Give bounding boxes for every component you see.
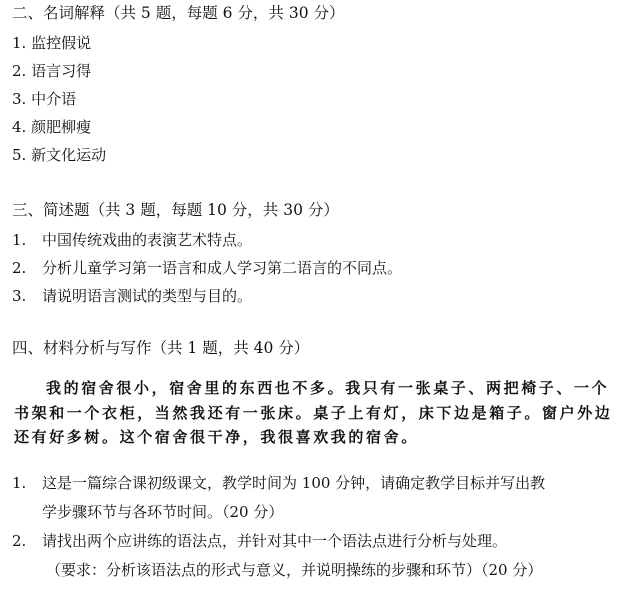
- short-answer-item: 3.请说明语言测试的类型与目的。: [12, 286, 252, 306]
- term-item: 5. 新文化运动: [12, 145, 106, 165]
- question-text: 请找出两个应讲练的语法点，并针对其中一个语法点进行分析与处理。: [42, 532, 507, 550]
- question-number: 1.: [12, 473, 42, 493]
- term-item: 2. 语言习得: [12, 61, 91, 81]
- item-number: 2.: [12, 258, 42, 278]
- question-continuation: 学步骤环节与各环节时间。（20 分）: [42, 502, 283, 522]
- term-item: 4. 颜肥柳瘦: [12, 117, 91, 137]
- short-answer-item: 1.中国传统戏曲的表演艺术特点。: [12, 230, 252, 250]
- question-number: 2.: [12, 531, 42, 551]
- term-item: 3. 中介语: [12, 89, 76, 109]
- writing-question: 1.这是一篇综合课初级课文，教学时间为 100 分钟，请确定教学目标并写出教: [12, 473, 545, 493]
- writing-question: 2.请找出两个应讲练的语法点，并针对其中一个语法点进行分析与处理。: [12, 531, 507, 551]
- passage-line: 还有好多树。这个宿舍很干净，我很喜欢我的宿舍。: [14, 427, 419, 447]
- item-number: 3.: [12, 286, 42, 306]
- item-number: 1.: [12, 230, 42, 250]
- section-3-title: 三、简述题（共 3 题，每题 10 分，共 30 分）: [12, 200, 339, 220]
- item-text: 中国传统戏曲的表演艺术特点。: [42, 231, 252, 249]
- section-2-title: 二、名词解释（共 5 题，每题 6 分，共 30 分）: [12, 3, 345, 23]
- passage-line: 书架和一个衣柜，当然我还有一张床。桌子上有灯，床下边是箱子。窗户外边: [14, 403, 612, 423]
- term-item: 1. 监控假说: [12, 33, 91, 53]
- question-requirement: （要求：分析该语法点的形式与意义，并说明操练的步骤和环节）（20 分）: [46, 560, 542, 580]
- item-text: 分析儿童学习第一语言和成人学习第二语言的不同点。: [42, 259, 402, 277]
- question-text: 这是一篇综合课初级课文，教学时间为 100 分钟，请确定教学目标并写出教: [42, 474, 545, 492]
- section-4-title: 四、材料分析与写作（共 1 题，共 40 分）: [12, 338, 309, 358]
- item-text: 请说明语言测试的类型与目的。: [42, 287, 252, 305]
- short-answer-item: 2.分析儿童学习第一语言和成人学习第二语言的不同点。: [12, 258, 402, 278]
- passage-line: 我的宿舍很小，宿舍里的东西也不多。我只有一张桌子、两把椅子、一个: [46, 378, 609, 398]
